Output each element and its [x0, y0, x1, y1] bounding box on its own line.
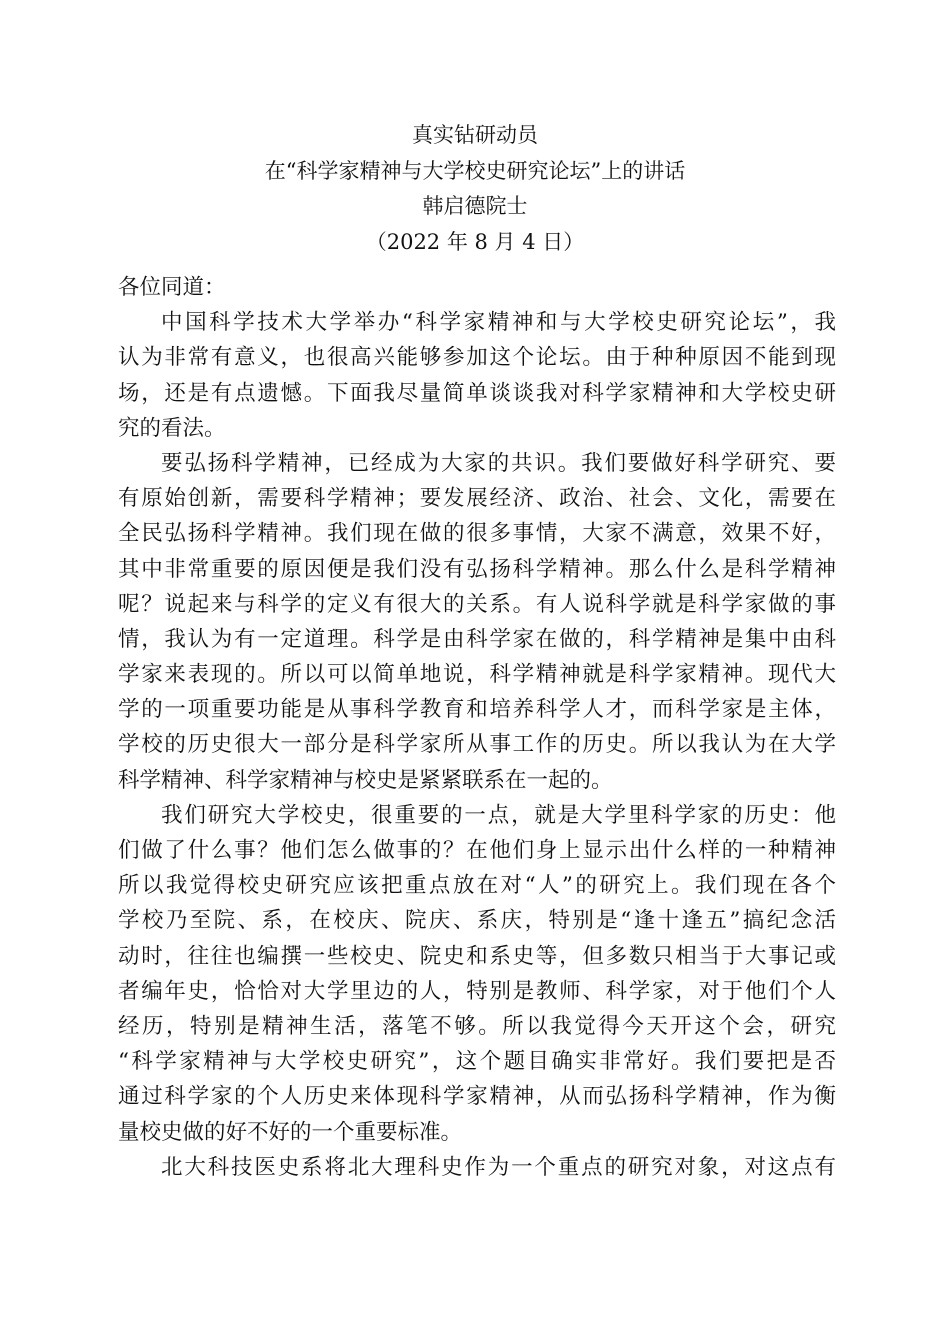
- paragraph-line: 者编年史，恰恰对大学里边的人，特别是教师、科学家，对于他们个人: [118, 974, 836, 1009]
- paragraph-line: 情，我认为有一定道理。科学是由科学家在做的，科学精神是集中由科: [118, 622, 836, 657]
- document-page: 真实钻研动员 在“科学家精神与大学校史研究论坛”上的讲话 韩启德院士 （2022…: [0, 0, 950, 1344]
- speech-title: 真实钻研动员: [0, 118, 950, 154]
- paragraph-line: 北大科技医史系将北大理科史作为一个重点的研究对象，对这点有: [118, 1150, 836, 1185]
- salutation: 各位同道：: [118, 270, 836, 305]
- paragraph-line: 学校乃至院、系，在校庆、院庆、系庆，特别是“逢十逢五”搞纪念活: [118, 903, 836, 938]
- paragraph-line: 科学精神、科学家精神与校史是紧紧联系在一起的。: [118, 763, 836, 798]
- paragraph-line: 学家来表现的。所以可以简单地说，科学精神就是科学家精神。现代大: [118, 657, 836, 692]
- paragraph-line: 究的看法。: [118, 411, 836, 446]
- paragraph-line: 量校史做的好不好的一个重要标准。: [118, 1115, 836, 1150]
- paragraph-4: 北大科技医史系将北大理科史作为一个重点的研究对象，对这点有: [118, 1150, 836, 1185]
- paragraph-line: “科学家精神与大学校史研究”，这个题目确实非常好。我们要把是否: [118, 1044, 836, 1079]
- paragraph-line: 动时，往往也编撰一些校史、院史和系史等，但多数只相当于大事记或: [118, 939, 836, 974]
- paragraph-line: 全民弘扬科学精神。我们现在做的很多事情，大家不满意，效果不好，: [118, 516, 836, 551]
- paragraph-line: 场，还是有点遗憾。下面我尽量简单谈谈我对科学家精神和大学校史研: [118, 376, 836, 411]
- paragraph-line: 通过科学家的个人历史来体现科学家精神，从而弘扬科学精神，作为衡: [118, 1079, 836, 1114]
- paragraph-1: 中国科学技术大学举办“科学家精神和与大学校史研究论坛”，我 认为非常有意义，也很…: [118, 305, 836, 446]
- paragraph-line: 呢？说起来与科学的定义有很大的关系。有人说科学就是科学家做的事: [118, 587, 836, 622]
- paragraph-line: 们做了什么事？他们怎么做事的？在他们身上显示出什么样的一种精神: [118, 833, 836, 868]
- paragraph-line: 其中非常重要的原因便是我们没有弘扬科学精神。那么什么是科学精神: [118, 552, 836, 587]
- speech-date: （2022 年 8 月 4 日）: [0, 225, 950, 261]
- paragraph-2: 要弘扬科学精神，已经成为大家的共识。我们要做好科学研究、要 有原始创新，需要科学…: [118, 446, 836, 798]
- paragraph-line: 认为非常有意义，也很高兴能够参加这个论坛。由于种种原因不能到现: [118, 340, 836, 375]
- paragraph-line: 学的一项重要功能是从事科学教育和培养科学人才，而科学家是主体，: [118, 692, 836, 727]
- paragraph-line: 有原始创新，需要科学精神；要发展经济、政治、社会、文化，需要在: [118, 481, 836, 516]
- speech-subtitle: 在“科学家精神与大学校史研究论坛”上的讲话: [0, 154, 950, 190]
- paragraph-line: 经历，特别是精神生活，落笔不够。所以我觉得今天开这个会，研究: [118, 1009, 836, 1044]
- document-body: 各位同道： 中国科学技术大学举办“科学家精神和与大学校史研究论坛”，我 认为非常…: [118, 270, 836, 1185]
- paragraph-line: 所以我觉得校史研究应该把重点放在对“人”的研究上。我们现在各个: [118, 868, 836, 903]
- paragraph-line: 我们研究大学校史，很重要的一点，就是大学里科学家的历史：他: [118, 798, 836, 833]
- paragraph-3: 我们研究大学校史，很重要的一点，就是大学里科学家的历史：他 们做了什么事？他们怎…: [118, 798, 836, 1150]
- paragraph-line: 要弘扬科学精神，已经成为大家的共识。我们要做好科学研究、要: [118, 446, 836, 481]
- title-block: 真实钻研动员 在“科学家精神与大学校史研究论坛”上的讲话 韩启德院士 （2022…: [0, 118, 950, 260]
- paragraph-line: 学校的历史很大一部分是科学家所从事工作的历史。所以我认为在大学: [118, 727, 836, 762]
- speaker-name: 韩启德院士: [0, 189, 950, 225]
- paragraph-line: 中国科学技术大学举办“科学家精神和与大学校史研究论坛”，我: [118, 305, 836, 340]
